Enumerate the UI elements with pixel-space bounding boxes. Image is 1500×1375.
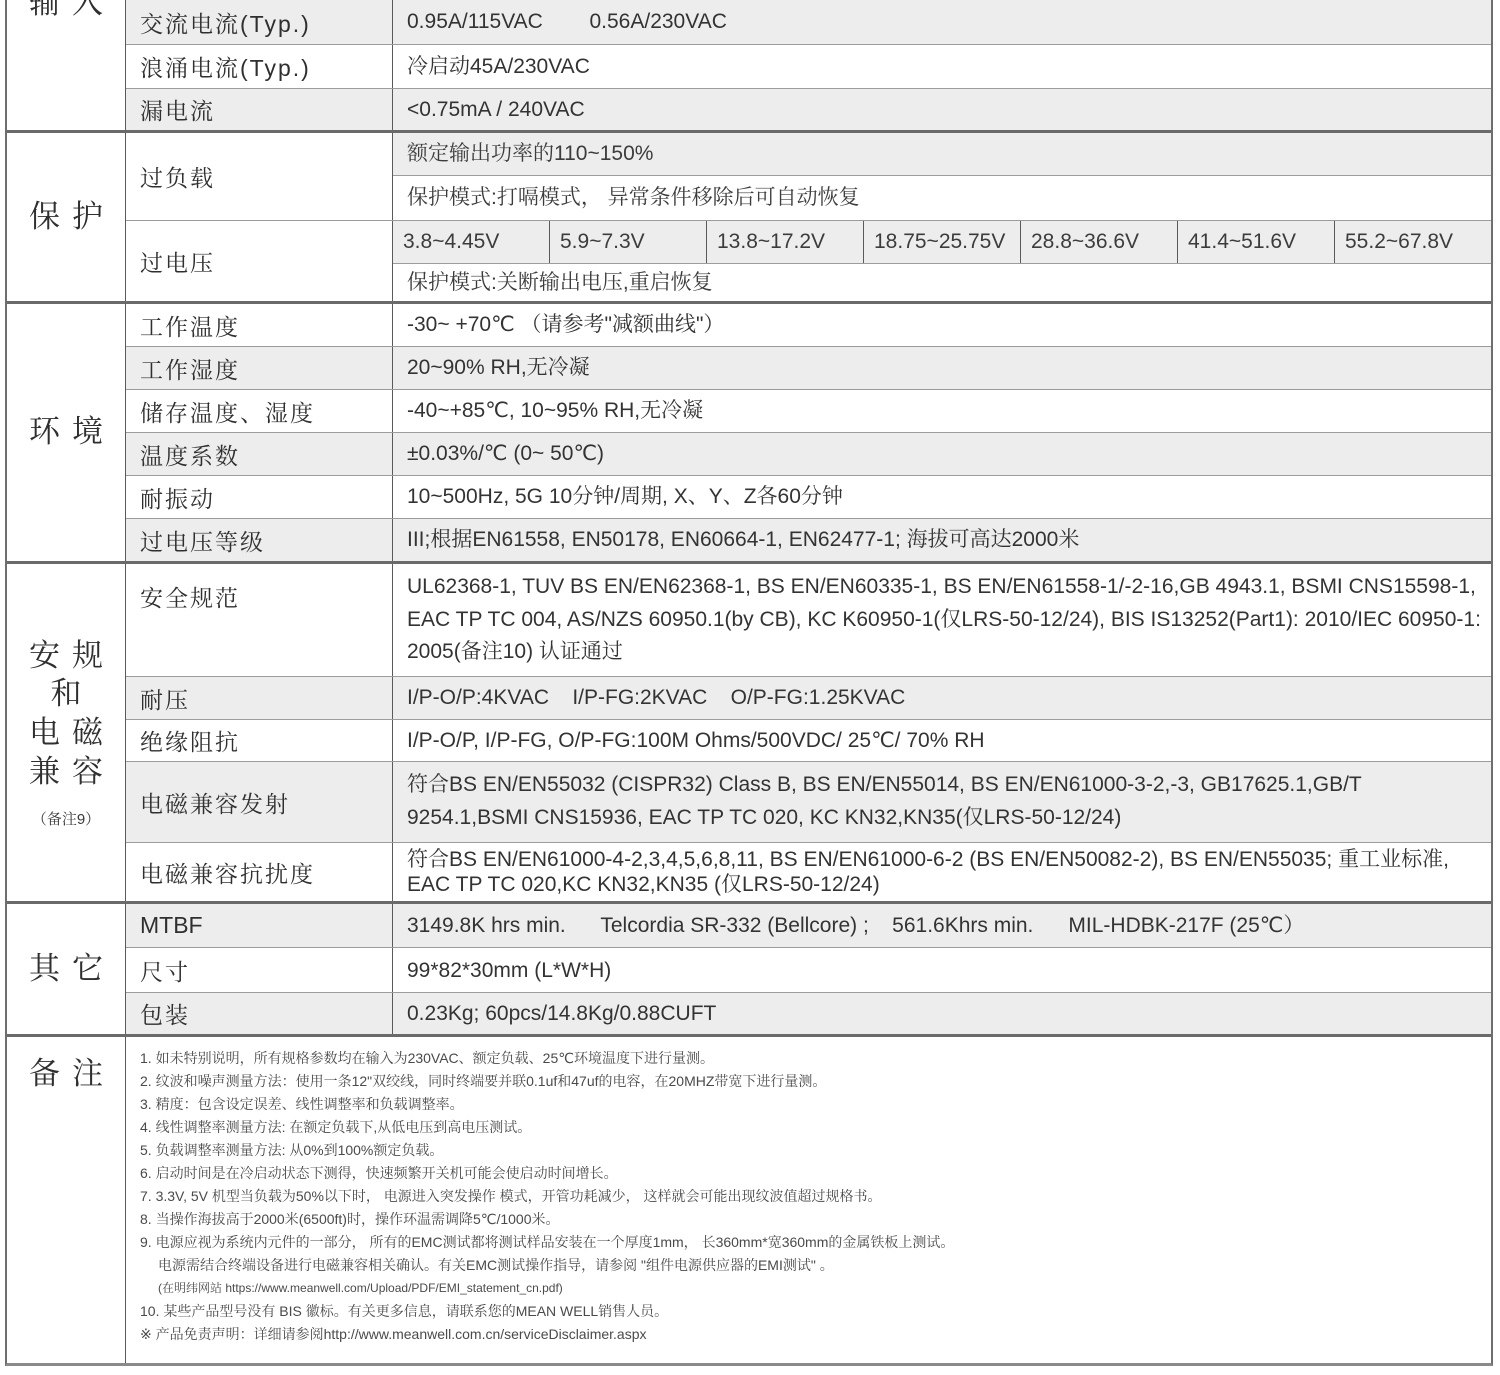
param-value: 保护模式:打嗝模式， 异常条件移除后可自动恢复: [393, 175, 1491, 220]
table-row: 温度系数 ±0.03%/℃ (0~ 50℃): [126, 432, 1491, 475]
note-item: 6. 启动时间是在冷启动状态下测得，快速频繁开关机可能会使启动时间增长。: [140, 1162, 1481, 1185]
param-value: <0.75mA / 240VAC: [393, 89, 1491, 130]
table-row: 浪涌电流(Typ.) 冷启动45A/230VAC: [126, 44, 1491, 88]
table-row: 交流电流(Typ.) 0.95A/115VAC 0.56A/230VAC: [126, 0, 1491, 44]
table-row: 过电压等级 III;根据EN61558, EN50178, EN60664-1,…: [126, 518, 1491, 561]
param-value: III;根据EN61558, EN50178, EN60664-1, EN624…: [393, 519, 1491, 561]
table-row: 工作温度 -30~ +70℃ （请参考"减额曲线"）: [126, 304, 1491, 346]
param-name: 过电压: [126, 221, 393, 301]
param-name: 漏电流: [126, 89, 393, 130]
section-environment-rows: 工作温度 -30~ +70℃ （请参考"减额曲线"） 工作湿度 20~90% R…: [126, 304, 1491, 561]
section-label: 保护: [17, 198, 115, 237]
table-row: 漏电流 <0.75mA / 240VAC: [126, 88, 1491, 130]
note-item: 4. 线性调整率测量方法: 在额定负载下,从低电压到高电压测试。: [140, 1116, 1481, 1139]
section-environment: 环境 工作温度 -30~ +70℃ （请参考"减额曲线"） 工作湿度 20~90…: [7, 301, 1491, 561]
section-protection-rows: 过负载 额定输出功率的110~150% 保护模式:打嗝模式， 异常条件移除后可自…: [126, 133, 1491, 301]
section-protection-label-cell: 保护: [7, 133, 126, 301]
section-label: 备注: [17, 1055, 115, 1094]
param-value: -30~ +70℃ （请参考"减额曲线"）: [393, 304, 1491, 346]
section-notes: 备注 1. 如未特别说明，所有规格参数均在输入为230VAC、额定负载、25℃环…: [7, 1034, 1491, 1363]
section-safety-emc: 安规 和 电磁 兼容 （备注9） 安全规范 UL62368-1, TUV BS …: [7, 561, 1491, 901]
param-name: 工作温度: [126, 304, 393, 346]
note-item: 10. 某些产品型号没有 BIS 徽标。有关更多信息，请联系您的MEAN WEL…: [140, 1300, 1481, 1323]
table-row: 尺寸 99*82*30mm (L*W*H): [126, 947, 1491, 992]
param-value: I/P-O/P:4KVAC I/P-FG:2KVAC O/P-FG:1.25KV…: [393, 677, 1491, 719]
param-name: 交流电流(Typ.): [126, 0, 393, 44]
param-value: UL62368-1, TUV BS EN/EN62368-1, BS EN/EN…: [393, 564, 1491, 676]
note-item: 9. 电源应视为系统内元件的一部分， 所有的EMC测试都将测试样品安装在一个厚度…: [140, 1231, 1481, 1254]
note-item: 8. 当操作海拔高于2000米(6500ft)时，操作环温需调降5℃/1000米…: [140, 1208, 1481, 1231]
param-name: 尺寸: [126, 948, 393, 992]
note-item: 2. 纹波和噪声测量方法：使用一条12"双绞线，同时终端要并联0.1uf和47u…: [140, 1070, 1481, 1093]
param-value: 3149.8K hrs min. Telcordia SR-332 (Bellc…: [393, 904, 1491, 947]
note-disclaimer: ※ 产品免责声明：详细请参阅http://www.meanwell.com.cn…: [140, 1323, 1481, 1346]
param-name: 绝缘阻抗: [126, 720, 393, 761]
note-item: 1. 如未特别说明，所有规格参数均在输入为230VAC、额定负载、25℃环境温度…: [140, 1047, 1481, 1070]
param-value: 额定输出功率的110~150%: [393, 133, 1491, 175]
section-label: 输入: [17, 0, 115, 23]
table-row: 电磁兼容发射 符合BS EN/EN55032 (CISPR32) Class B…: [126, 761, 1491, 842]
overload-values: 额定输出功率的110~150% 保护模式:打嗝模式， 异常条件移除后可自动恢复: [393, 133, 1491, 220]
param-value: 10~500Hz, 5G 10分钟/周期, X、Y、Z各60分钟: [393, 476, 1491, 518]
section-input: 输入 交流电流(Typ.) 0.95A/115VAC 0.56A/230VAC …: [7, 0, 1491, 130]
notes-body: 1. 如未特别说明，所有规格参数均在输入为230VAC、额定负载、25℃环境温度…: [126, 1037, 1491, 1363]
voltage-range-cell: 28.8~36.6V: [1020, 221, 1177, 263]
table-row: 电磁兼容抗扰度 符合BS EN/EN61000-4-2,3,4,5,6,8,11…: [126, 842, 1491, 901]
param-value: 99*82*30mm (L*W*H): [393, 948, 1491, 992]
param-name: 包装: [126, 993, 393, 1034]
param-value: ±0.03%/℃ (0~ 50℃): [393, 433, 1491, 475]
note-item: 7. 3.3V, 5V 机型当负载为50%以下时， 电源进入突发操作 模式，开管…: [140, 1185, 1481, 1208]
voltage-range-cell: 41.4~51.6V: [1177, 221, 1334, 263]
table-row-overload: 过负载 额定输出功率的110~150% 保护模式:打嗝模式， 异常条件移除后可自…: [126, 133, 1491, 220]
param-value: 保护模式:关断输出电压,重启恢复: [393, 263, 1491, 301]
table-row: 安全规范 UL62368-1, TUV BS EN/EN62368-1, BS …: [126, 564, 1491, 676]
table-row-overvoltage: 过电压 3.8~4.45V 5.9~7.3V 13.8~17.2V 18.75~…: [126, 220, 1491, 301]
param-name: 过负载: [126, 133, 393, 220]
section-note-ref: （备注9）: [32, 808, 100, 829]
param-value: I/P-O/P, I/P-FG, O/P-FG:100M Ohms/500VDC…: [393, 720, 1491, 761]
param-name: 电磁兼容抗扰度: [126, 843, 393, 901]
section-label: 安规: [17, 637, 115, 676]
param-value: 20~90% RH,无冷凝: [393, 347, 1491, 389]
section-label: 其它: [17, 950, 115, 989]
section-others: 其它 MTBF 3149.8K hrs min. Telcordia SR-33…: [7, 901, 1491, 1034]
table-row: 工作湿度 20~90% RH,无冷凝: [126, 346, 1491, 389]
section-others-label-cell: 其它: [7, 904, 126, 1034]
overvoltage-values: 3.8~4.45V 5.9~7.3V 13.8~17.2V 18.75~25.7…: [393, 221, 1491, 301]
param-name: 耐振动: [126, 476, 393, 518]
note-item: 5. 负载调整率测量方法: 从0%到100%额定负载。: [140, 1139, 1481, 1162]
param-name: 温度系数: [126, 433, 393, 475]
note-item-url: (在明纬网站 https://www.meanwell.com/Upload/P…: [140, 1277, 1481, 1300]
param-name: 储存温度、湿度: [126, 390, 393, 432]
param-value: 0.23Kg; 60pcs/14.8Kg/0.88CUFT: [393, 993, 1491, 1034]
spec-sheet-screen: 输入 交流电流(Typ.) 0.95A/115VAC 0.56A/230VAC …: [0, 0, 1500, 1375]
section-label: 兼容: [17, 753, 115, 792]
section-label: 环境: [17, 413, 115, 452]
param-name: 电磁兼容发射: [126, 762, 393, 842]
section-safety-emc-rows: 安全规范 UL62368-1, TUV BS EN/EN62368-1, BS …: [126, 564, 1491, 901]
param-name: 安全规范: [126, 564, 393, 676]
param-name: 浪涌电流(Typ.): [126, 45, 393, 88]
section-input-label-cell: 输入: [7, 0, 126, 130]
param-name: 工作湿度: [126, 347, 393, 389]
voltage-range-cell: 13.8~17.2V: [706, 221, 863, 263]
overvoltage-range-cells: 3.8~4.45V 5.9~7.3V 13.8~17.2V 18.75~25.7…: [393, 221, 1491, 263]
section-protection: 保护 过负载 额定输出功率的110~150% 保护模式:打嗝模式， 异常条件移除…: [7, 130, 1491, 301]
voltage-range-cell: 3.8~4.45V: [393, 221, 549, 263]
voltage-range-cell: 18.75~25.75V: [863, 221, 1020, 263]
table-row: 储存温度、湿度 -40~+85℃, 10~95% RH,无冷凝: [126, 389, 1491, 432]
param-value: 符合BS EN/EN61000-4-2,3,4,5,6,8,11, BS EN/…: [393, 843, 1491, 901]
param-value: 符合BS EN/EN55032 (CISPR32) Class B, BS EN…: [393, 762, 1491, 842]
table-row: 包装 0.23Kg; 60pcs/14.8Kg/0.88CUFT: [126, 992, 1491, 1034]
note-item-continuation: 电源需结合终端设备进行电磁兼容相关确认。有关EMC测试操作指导，请参阅 "组件电…: [140, 1254, 1481, 1277]
voltage-range-cell: 55.2~67.8V: [1334, 221, 1491, 263]
note-item: 3. 精度：包含设定误差、线性调整率和负载调整率。: [140, 1093, 1481, 1116]
param-name: MTBF: [126, 904, 393, 947]
section-safety-emc-label-cell: 安规 和 电磁 兼容 （备注9）: [7, 564, 126, 901]
voltage-range-cell: 5.9~7.3V: [549, 221, 706, 263]
section-label: 和: [39, 675, 94, 714]
param-value: 冷启动45A/230VAC: [393, 45, 1491, 88]
section-environment-label-cell: 环境: [7, 304, 126, 561]
table-row: MTBF 3149.8K hrs min. Telcordia SR-332 (…: [126, 904, 1491, 947]
section-others-rows: MTBF 3149.8K hrs min. Telcordia SR-332 (…: [126, 904, 1491, 1034]
param-name: 耐压: [126, 677, 393, 719]
table-row: 耐压 I/P-O/P:4KVAC I/P-FG:2KVAC O/P-FG:1.2…: [126, 676, 1491, 719]
param-value: -40~+85℃, 10~95% RH,无冷凝: [393, 390, 1491, 432]
param-value: 0.95A/115VAC 0.56A/230VAC: [393, 0, 1491, 44]
table-row: 绝缘阻抗 I/P-O/P, I/P-FG, O/P-FG:100M Ohms/5…: [126, 719, 1491, 761]
table-row: 耐振动 10~500Hz, 5G 10分钟/周期, X、Y、Z各60分钟: [126, 475, 1491, 518]
param-name: 过电压等级: [126, 519, 393, 561]
spec-table: 输入 交流电流(Typ.) 0.95A/115VAC 0.56A/230VAC …: [5, 0, 1493, 1366]
section-label: 电磁: [17, 714, 115, 753]
section-input-rows: 交流电流(Typ.) 0.95A/115VAC 0.56A/230VAC 浪涌电…: [126, 0, 1491, 130]
section-notes-label-cell: 备注: [7, 1037, 126, 1363]
